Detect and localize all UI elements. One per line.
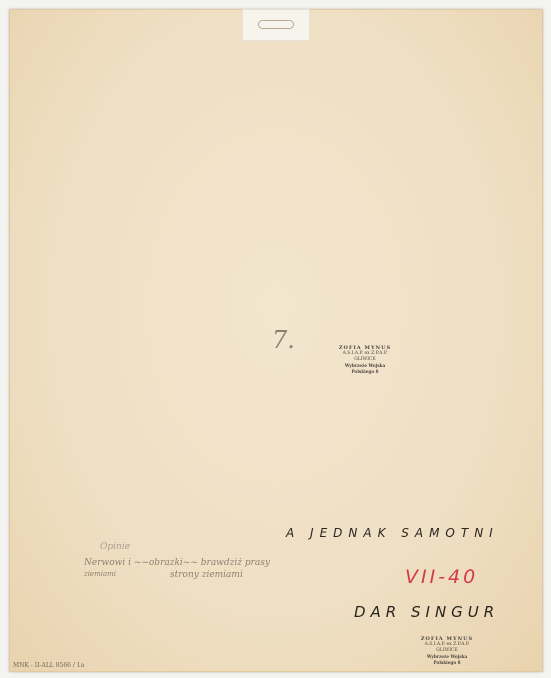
pencil-note-line1: Nerwowi i ~~obrazki~~ brawdziż prasy (84, 558, 270, 568)
hanger-tab (242, 9, 310, 41)
stamp-address: Wybrzeże Wojska Polskiego 8 (417, 654, 477, 666)
artwork-date: VII-40 (405, 566, 478, 588)
hanger-ring-icon (258, 20, 294, 29)
inventory-mark: MNK - II-ALL 8566 / 1a (13, 662, 84, 669)
artist-stamp-bottom: ZOFIA MYNUS A.S.I.A.P. ex Z.P.A.P. GLIWI… (417, 636, 477, 666)
stamp-address: Wybrzeże Wojska Polskiego 8 (335, 363, 395, 375)
pencil-note-line2a: ziemiami (84, 570, 116, 578)
artist-stamp-middle: ZOFIA MYNUS A.S.I.A.P. ex Z.P.A.P. GLIWI… (335, 345, 395, 375)
artwork-inscription: DAR SINGUR (354, 603, 499, 621)
catalog-number: 7. (272, 326, 295, 354)
pencil-note-heading: Opinie (100, 542, 130, 552)
artwork-title: A JEDNAK SAMOTNI (286, 526, 499, 540)
pencil-note-line2b: strony ziemiami (170, 570, 243, 580)
